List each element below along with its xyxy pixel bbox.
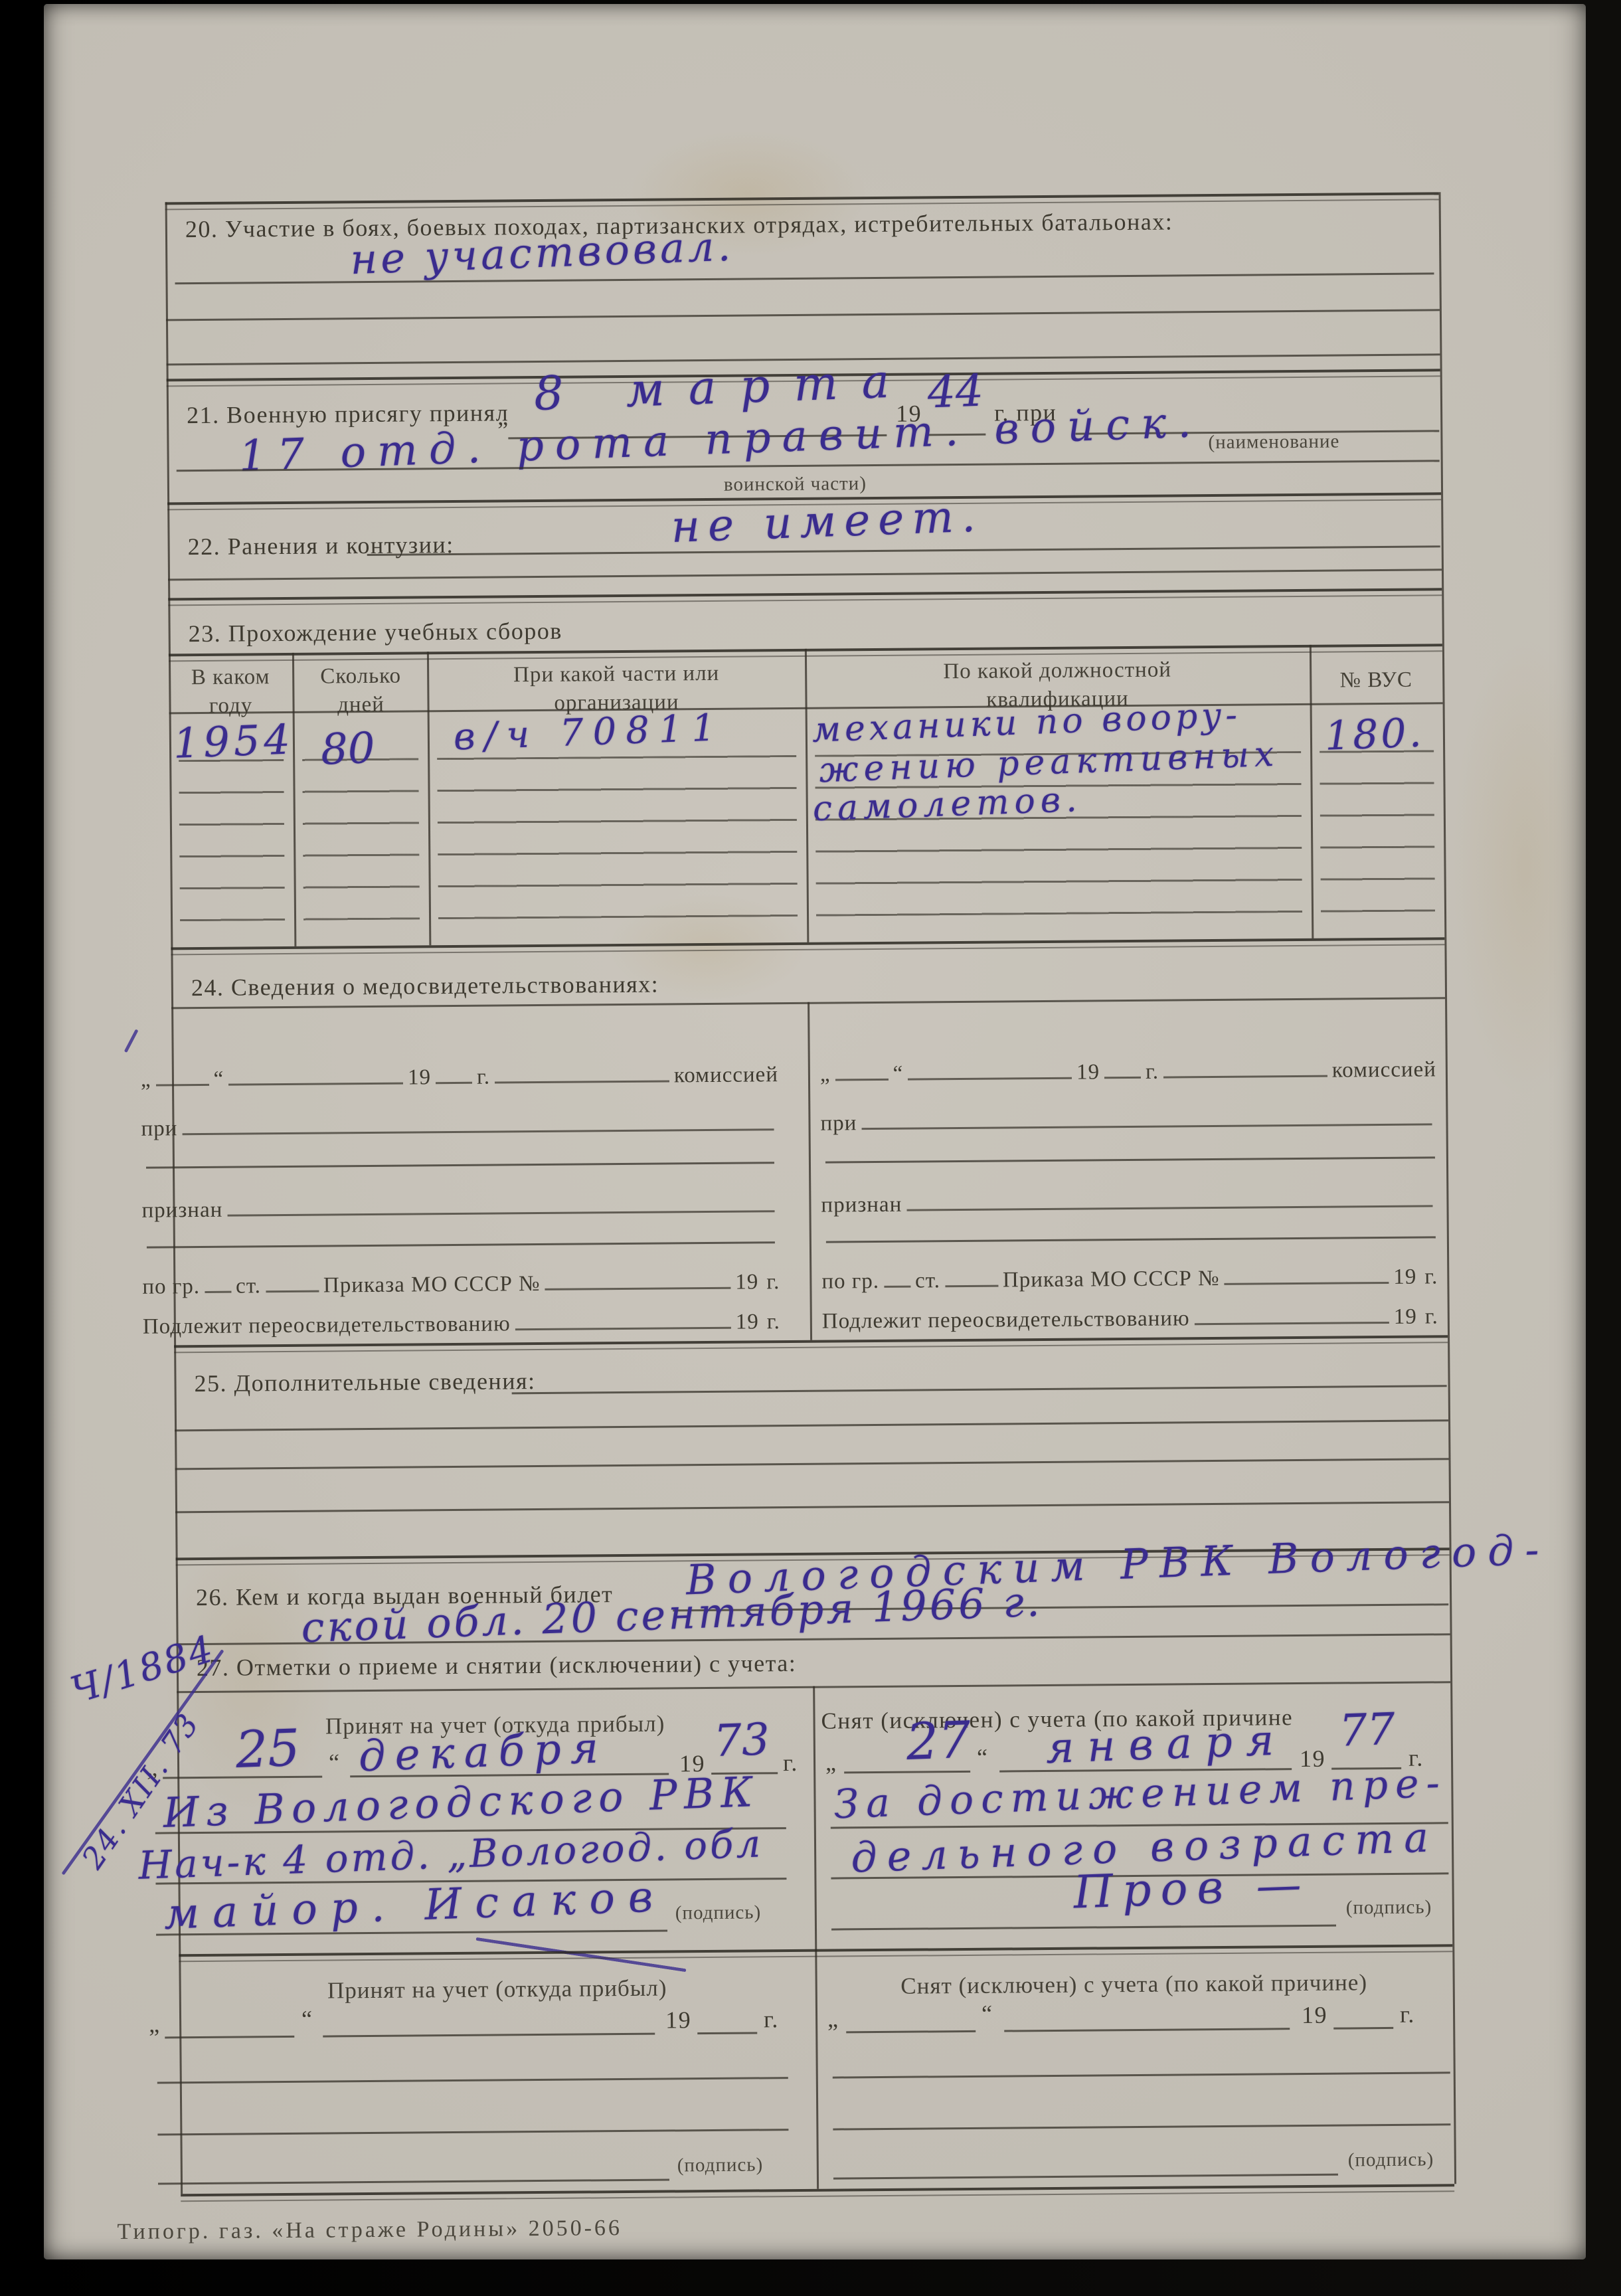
scan-background: 20. Участие в боях, боевых походах, парт… bbox=[0, 0, 1621, 2296]
med-right-date-line: „ “ 19 г. комиссией bbox=[820, 1047, 1436, 1085]
signature-caption: (подпись) bbox=[1346, 1896, 1432, 1919]
rule bbox=[825, 1156, 1435, 1163]
med-left-recognized-line: признан bbox=[141, 1184, 779, 1222]
row1-year-handwritten: 1954 bbox=[173, 719, 295, 764]
quote-mark: “ bbox=[977, 1743, 989, 1772]
accept-day-handwritten: 25 bbox=[235, 1723, 301, 1775]
section-25-label: 25. Дополнительные сведения: bbox=[194, 1367, 535, 1398]
registration-col-divider bbox=[813, 1686, 819, 2189]
rule bbox=[147, 1241, 775, 1248]
year-suffix: г. bbox=[766, 1271, 780, 1293]
remove-month-handwritten: января bbox=[1045, 1719, 1288, 1770]
rule bbox=[146, 1162, 774, 1168]
section-22-label: 22. Ранения и контузии: bbox=[187, 531, 454, 561]
rule bbox=[846, 2030, 976, 2034]
quote-mark: “ bbox=[213, 1069, 224, 1091]
medical-col-divider bbox=[808, 1002, 812, 1340]
col-header-vus: № ВУС bbox=[1310, 665, 1442, 695]
reexam-label: Подлежит переосвидетельствованию bbox=[143, 1313, 511, 1338]
signature-caption: (подпись) bbox=[677, 2154, 764, 2176]
rule bbox=[157, 2077, 788, 2083]
year-suffix: г. bbox=[1146, 1061, 1159, 1083]
rule bbox=[175, 1458, 1449, 1470]
quote-mark: „ bbox=[827, 2004, 839, 2033]
year-suffix: г. bbox=[1424, 1266, 1438, 1288]
order-label: Приказа МО СССР № bbox=[323, 1273, 541, 1297]
table-row-lines bbox=[437, 755, 798, 919]
rule bbox=[1004, 2028, 1290, 2032]
form-top-border bbox=[165, 192, 1439, 210]
quote-mark: „ bbox=[820, 1064, 831, 1086]
rule bbox=[833, 2123, 1450, 2130]
margin-note-number: Ч/1884 bbox=[67, 1631, 219, 1710]
row1-qualification-line3: самолетов. bbox=[812, 782, 1082, 826]
section-24-label: 24. Сведения о медосвидетельствованиях: bbox=[191, 970, 659, 1003]
unit-caption-bottom: воинской части) bbox=[724, 473, 867, 496]
rule bbox=[512, 1385, 1447, 1394]
med-right-order-line: по гр. ст. Приказа МО СССР № 19 г. bbox=[821, 1255, 1438, 1292]
quote-mark: “ bbox=[981, 2000, 993, 2028]
med-left-at-line: при bbox=[141, 1102, 778, 1140]
accept-header-row2: Принят на учет (откуда прибыл) bbox=[179, 1972, 815, 2007]
section-divider bbox=[168, 588, 1442, 606]
group-label: по гр. bbox=[821, 1271, 879, 1293]
military-id-form: 20. Участие в боях, боевых походах, парт… bbox=[36, 0, 1596, 2266]
rule bbox=[158, 2179, 669, 2185]
ink-tick-mark bbox=[124, 1029, 139, 1053]
year-printed: 19 bbox=[1076, 1061, 1100, 1083]
year-printed: 19 bbox=[665, 2006, 691, 2034]
rule bbox=[1333, 2027, 1393, 2030]
oath-date-handwritten: 8 марта bbox=[533, 357, 914, 417]
rule bbox=[831, 1925, 1336, 1931]
remove-signature-handwritten: Пров — bbox=[1072, 1862, 1311, 1916]
accept-month-handwritten: декабря bbox=[358, 1727, 608, 1778]
rule bbox=[175, 1419, 1448, 1431]
med-right-at-line: при bbox=[820, 1097, 1436, 1134]
table-col-divider bbox=[805, 649, 809, 942]
quote-mark: „ bbox=[141, 1069, 151, 1091]
med-left-reexam-line: Подлежит переосвидетельствованию 19 г. bbox=[143, 1300, 780, 1338]
form-right-border bbox=[1439, 192, 1457, 2184]
quote-mark: „ bbox=[825, 1749, 837, 1777]
med-left-date-line: „ “ 19 г. комиссией bbox=[141, 1053, 778, 1091]
section-23-label: 23. Прохождение учебных сборов bbox=[189, 617, 562, 649]
quote-mark: “ bbox=[893, 1063, 903, 1085]
year-printed: 19 bbox=[1302, 2001, 1327, 2030]
accept-year-handwritten: 73 bbox=[713, 1718, 770, 1763]
order-label: Приказа МО СССР № bbox=[1003, 1268, 1220, 1292]
signature-caption: (подпись) bbox=[675, 1901, 762, 1924]
year-printed: 19 bbox=[1394, 1306, 1417, 1328]
section-27-label: 27. Отметки о приеме и снятии (исключени… bbox=[197, 1649, 797, 1682]
rule bbox=[175, 1501, 1449, 1513]
row1-unit-handwritten: в/ч 70811 bbox=[453, 709, 725, 756]
rule bbox=[165, 2036, 294, 2039]
year-printed: 19 bbox=[736, 1311, 759, 1333]
commission-label: комиссией bbox=[674, 1064, 778, 1087]
rule bbox=[323, 2033, 655, 2038]
rule bbox=[697, 2032, 757, 2034]
med-left-order-line: по гр. ст. Приказа МО СССР № 19 г. bbox=[142, 1260, 780, 1298]
table-row-lines bbox=[1320, 750, 1435, 912]
section-22-value-handwritten: не имеет. bbox=[670, 494, 983, 549]
year-suffix: г. bbox=[767, 1311, 780, 1333]
year-printed: 19 bbox=[1393, 1267, 1416, 1288]
article-label: ст. bbox=[915, 1270, 940, 1292]
year-printed: 19 bbox=[735, 1271, 758, 1293]
table-col-divider bbox=[292, 653, 296, 946]
year-suffix: г. bbox=[1425, 1306, 1438, 1328]
quote-mark: “ bbox=[301, 2005, 313, 2034]
year-suffix: г. bbox=[1400, 2000, 1415, 2029]
recognized-label: признан bbox=[821, 1194, 902, 1217]
recognized-label: признан bbox=[141, 1199, 222, 1222]
year-suffix: г. bbox=[764, 2005, 779, 2034]
remove-year-handwritten: 77 bbox=[1339, 1708, 1396, 1753]
row1-vus-handwritten: 180. bbox=[1324, 713, 1425, 756]
section-20-value-handwritten: не участвовал. bbox=[349, 226, 734, 281]
year-printed: 19 bbox=[408, 1067, 431, 1089]
article-label: ст. bbox=[236, 1275, 261, 1297]
at-label: при bbox=[820, 1112, 857, 1134]
group-label: по гр. bbox=[142, 1276, 200, 1298]
unit-caption-top: (наименование bbox=[1208, 430, 1339, 454]
at-label: при bbox=[141, 1118, 177, 1140]
table-col-divider bbox=[427, 652, 431, 945]
med-right-recognized-line: признан bbox=[821, 1178, 1437, 1216]
table-row-lines bbox=[302, 758, 420, 920]
rule bbox=[168, 569, 1442, 580]
rule bbox=[826, 1236, 1436, 1243]
rule bbox=[367, 545, 1440, 556]
document-paper: 20. Участие в боях, боевых походах, парт… bbox=[44, 4, 1586, 2259]
remove-header-row2: Снят (исключен) с учета (по какой причин… bbox=[815, 1967, 1453, 2002]
table-row-lines bbox=[179, 759, 285, 921]
row1-days-handwritten: 80 bbox=[320, 727, 376, 772]
signature-caption: (подпись) bbox=[1348, 2149, 1434, 2171]
remove-day-handwritten: 27 bbox=[905, 1715, 971, 1767]
rule bbox=[833, 2174, 1338, 2180]
quote-mark: „ bbox=[149, 2010, 161, 2039]
rule bbox=[833, 2072, 1450, 2078]
med-right-reexam-line: Подлежит переосвидетельствованию 19 г. bbox=[822, 1294, 1438, 1332]
rule bbox=[166, 309, 1440, 321]
year-suffix: г. bbox=[783, 1749, 798, 1777]
year-suffix: г. bbox=[477, 1067, 490, 1089]
print-shop-imprint: Типогр. газ. «На страже Родины» 2050-66 bbox=[117, 2215, 622, 2246]
reexam-label: Подлежит переосвидетельствованию bbox=[822, 1308, 1190, 1332]
accept-from-line3-handwritten: майор. Исаков bbox=[163, 1876, 667, 1936]
quote-mark: “ bbox=[329, 1748, 341, 1777]
rule bbox=[157, 2129, 788, 2135]
commission-label: комиссией bbox=[1332, 1059, 1436, 1081]
